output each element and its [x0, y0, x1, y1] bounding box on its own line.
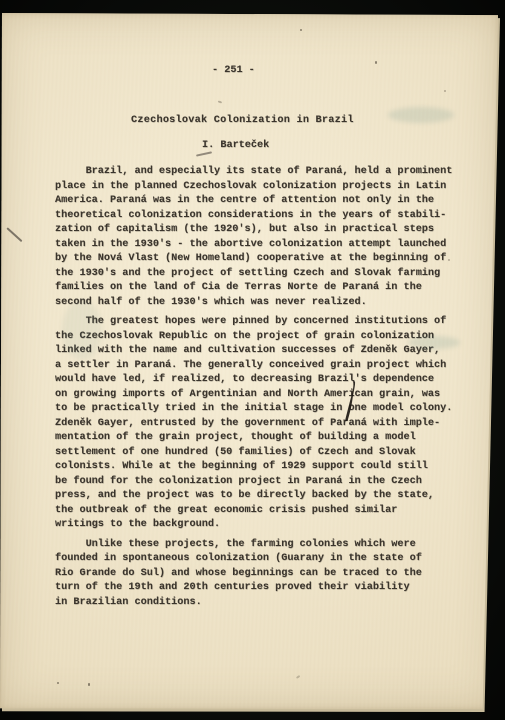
paper-speck — [444, 90, 446, 92]
show-through-smudge — [62, 300, 102, 360]
paper-speck — [300, 29, 302, 31]
page-number: - 251 - — [212, 64, 255, 79]
show-through-smudge — [388, 107, 454, 123]
paper-speck — [57, 682, 59, 684]
paper-speck — [218, 100, 222, 103]
scanned-page: - 251 - Czechoslovak Colonization in Bra… — [0, 0, 505, 720]
paper-speck — [88, 683, 90, 686]
page-title: Czechoslovak Colonization in Brazil — [131, 114, 354, 129]
paragraph: Unlike these projects, the farming colon… — [55, 538, 465, 611]
pencil-underline-mark — [196, 151, 212, 156]
ink-blot-stroke — [342, 381, 356, 421]
show-through-smudge — [408, 336, 460, 349]
author-name: I. Barteček — [202, 139, 269, 154]
body-text: Brazil, and especially its state of Para… — [55, 165, 465, 615]
paragraph: The greatest hopes were pinned by concer… — [55, 315, 465, 533]
paper-speck — [375, 61, 377, 64]
paragraph: Brazil, and especially its state of Para… — [55, 165, 465, 310]
pencil-margin-mark — [6, 227, 22, 242]
page-content: - 251 - Czechoslovak Colonization in Bra… — [0, 0, 505, 720]
paper-speck — [296, 675, 300, 679]
paper-speck — [448, 259, 450, 261]
